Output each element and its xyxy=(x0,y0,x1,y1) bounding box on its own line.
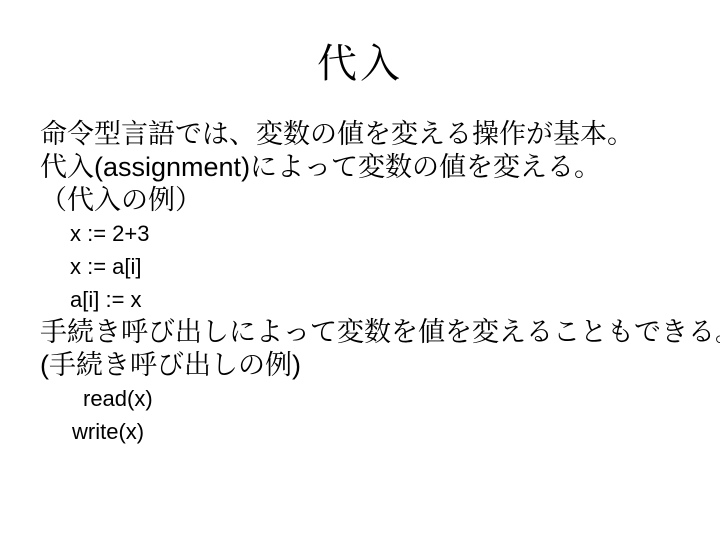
presentation-slide: 代入 命令型言語では、変数の値を変える操作が基本。 代入(assignment)… xyxy=(0,0,720,540)
body-line-assignment-example-heading: （代入の例） xyxy=(40,184,716,217)
code-line-assign-array-write: a[i] := x xyxy=(40,283,716,316)
slide-title: 代入 xyxy=(0,42,720,86)
body-line-assignment-changes-value: 代入(assignment)によって変数の値を変える。 xyxy=(40,151,716,184)
code-line-assign-literal: x := 2+3 xyxy=(40,217,716,250)
code-line-read: read(x) xyxy=(40,382,716,415)
code-line-assign-array-read: x := a[i] xyxy=(40,250,716,283)
body-line-procedure-example-heading: (手続き呼び出しの例) xyxy=(40,349,716,382)
body-line-imperative-languages: 命令型言語では、変数の値を変える操作が基本。 xyxy=(40,118,716,151)
slide-body: 命令型言語では、変数の値を変える操作が基本。 代入(assignment)によっ… xyxy=(40,118,716,448)
code-line-write: write(x) xyxy=(40,415,716,448)
body-line-procedure-call: 手続き呼び出しによって変数を値を変えることもできる。 xyxy=(40,316,716,349)
